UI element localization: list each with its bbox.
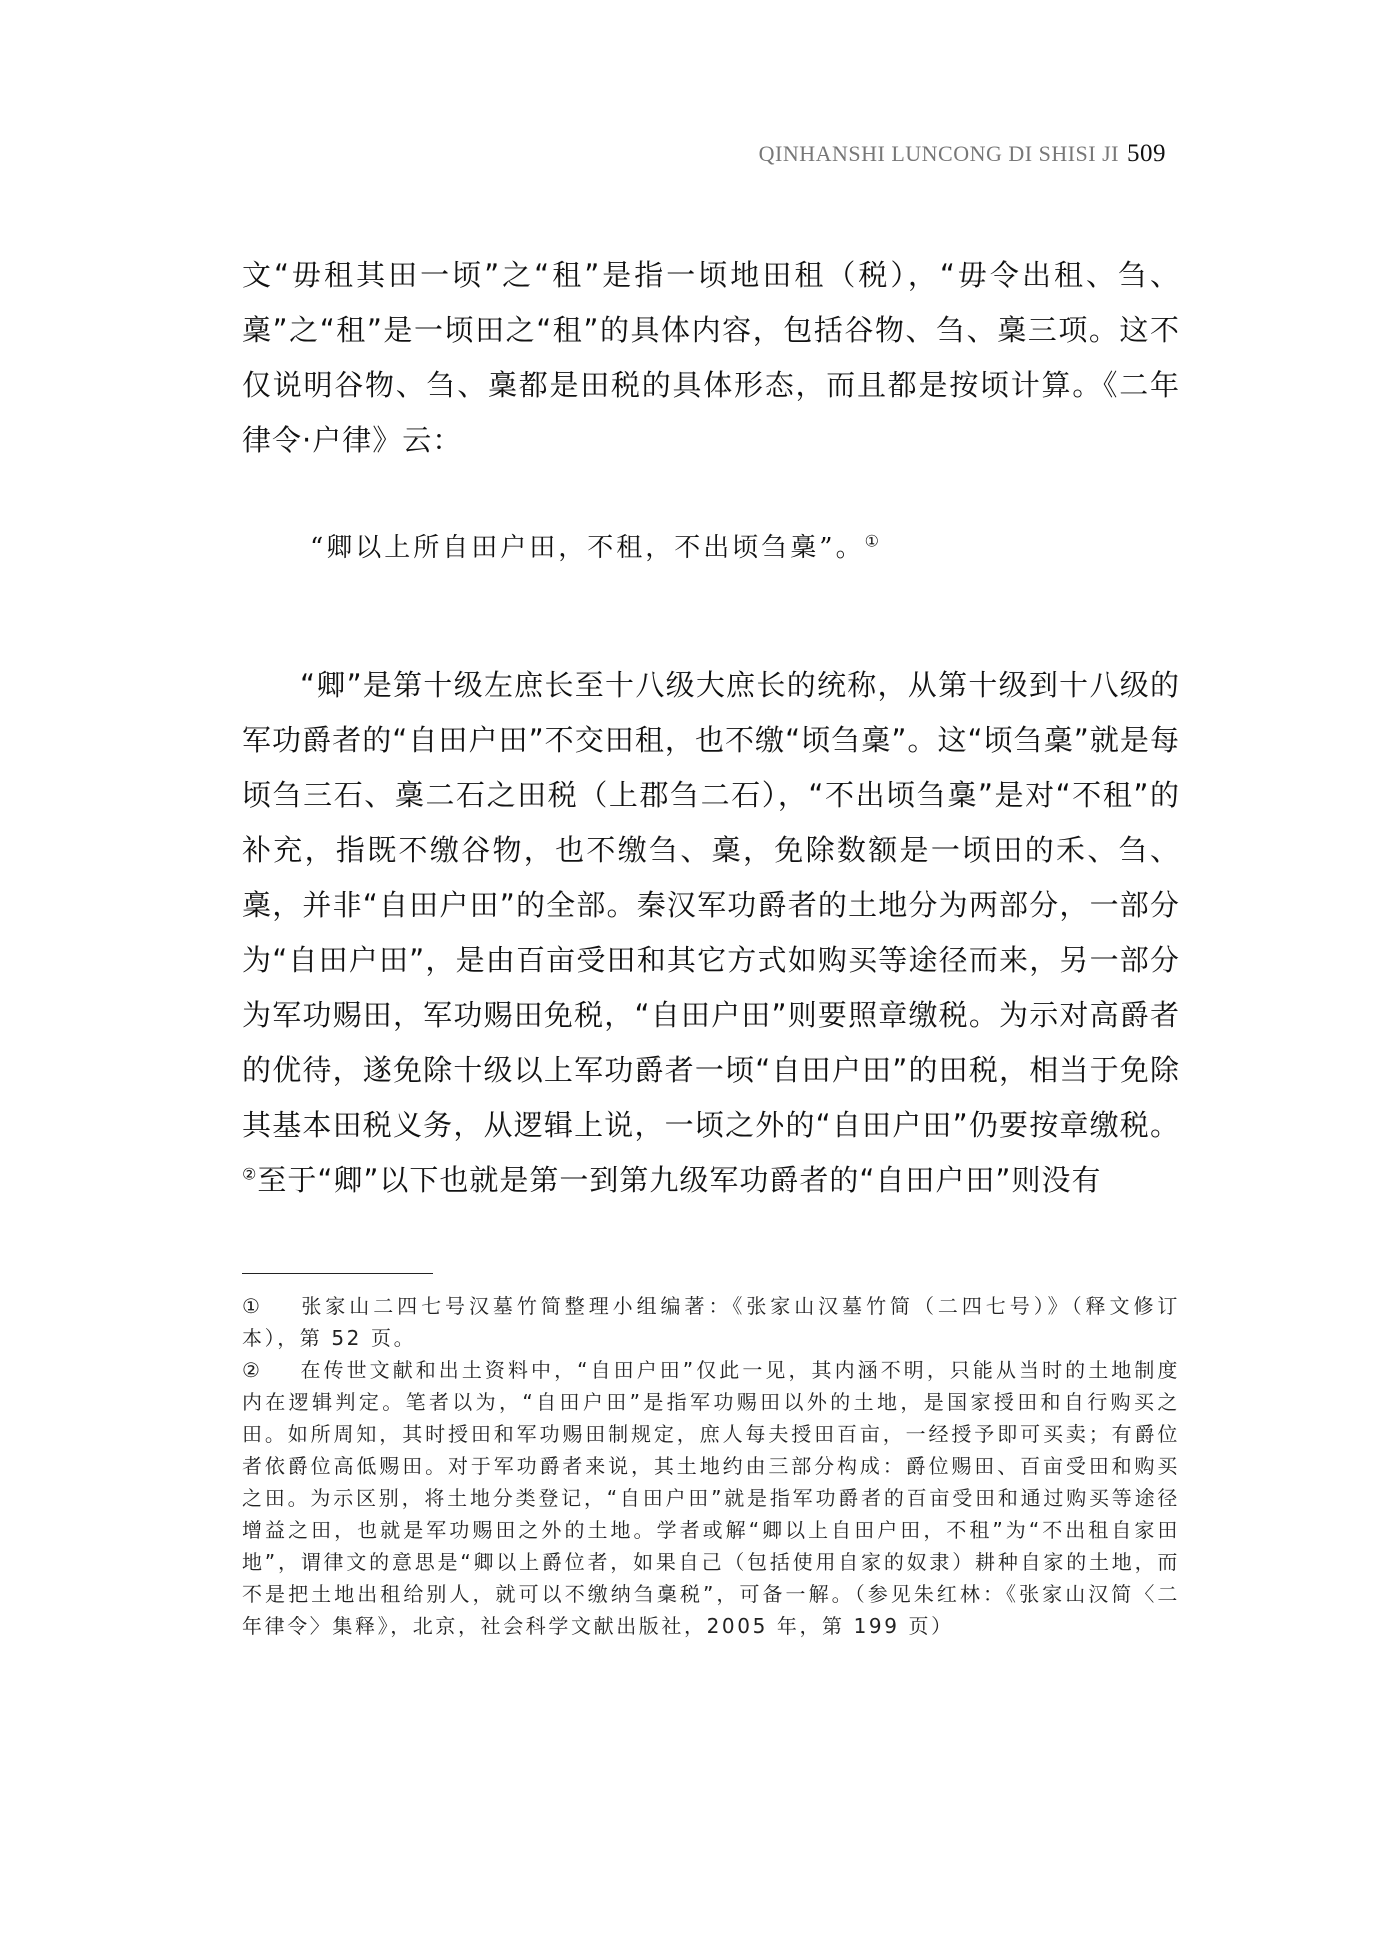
- footnote-1: ①张家山二四七号汉墓竹简整理小组编著：《张家山汉墓竹简（二四七号）》（释文修订本…: [242, 1290, 1180, 1354]
- footnote-text: 在传世文献和出土资料中，“自田户田”仅此一见，其内涵不明，只能从当时的土地制度内…: [242, 1358, 1180, 1638]
- body-paragraph-2: “卿”是第十级左庶长至十八级大庶长的统称，从第十级到十八级的军功爵者的“自田户田…: [242, 658, 1180, 1208]
- footnote-mark: ①: [242, 1290, 300, 1322]
- body-paragraph-1: 文“毋租其田一顷”之“租”是指一顷地田租（税），“毋令出租、刍、稾”之“租”是一…: [242, 248, 1180, 468]
- footnote-ref-1[interactable]: ①: [865, 531, 882, 550]
- running-header: QINHANSHI LUNCONG DI SHISI JI509: [759, 140, 1166, 168]
- footnote-text: 张家山二四七号汉墓竹简整理小组编著：《张家山汉墓竹简（二四七号）》（释文修订本）…: [242, 1294, 1180, 1350]
- footnote-mark: ②: [242, 1354, 300, 1386]
- body-paragraph-2-part-1: “卿”是第十级左庶长至十八级大庶长的统称，从第十级到十八级的军功爵者的“自田户田…: [242, 668, 1180, 1142]
- footnote-separator: [242, 1273, 433, 1274]
- block-quote: “卿以上所自田户田，不租，不出顷刍稾”。①: [310, 528, 882, 568]
- block-quote-text: “卿以上所自田户田，不租，不出顷刍稾”。: [310, 533, 865, 563]
- footnote-2: ②在传世文献和出土资料中，“自田户田”仅此一见，其内涵不明，只能从当时的土地制度…: [242, 1354, 1180, 1642]
- body-paragraph-2-part-2: 至于“卿”以下也就是第一到第九级军功爵者的“自田户田”则没有: [257, 1163, 1101, 1197]
- document-page: QINHANSHI LUNCONG DI SHISI JI509 文“毋租其田一…: [0, 0, 1386, 1938]
- running-title: QINHANSHI LUNCONG DI SHISI JI: [759, 141, 1119, 166]
- page-number: 509: [1127, 140, 1166, 167]
- footnote-ref-2[interactable]: ②: [242, 1164, 257, 1183]
- footnotes: ①张家山二四七号汉墓竹简整理小组编著：《张家山汉墓竹简（二四七号）》（释文修订本…: [242, 1290, 1180, 1642]
